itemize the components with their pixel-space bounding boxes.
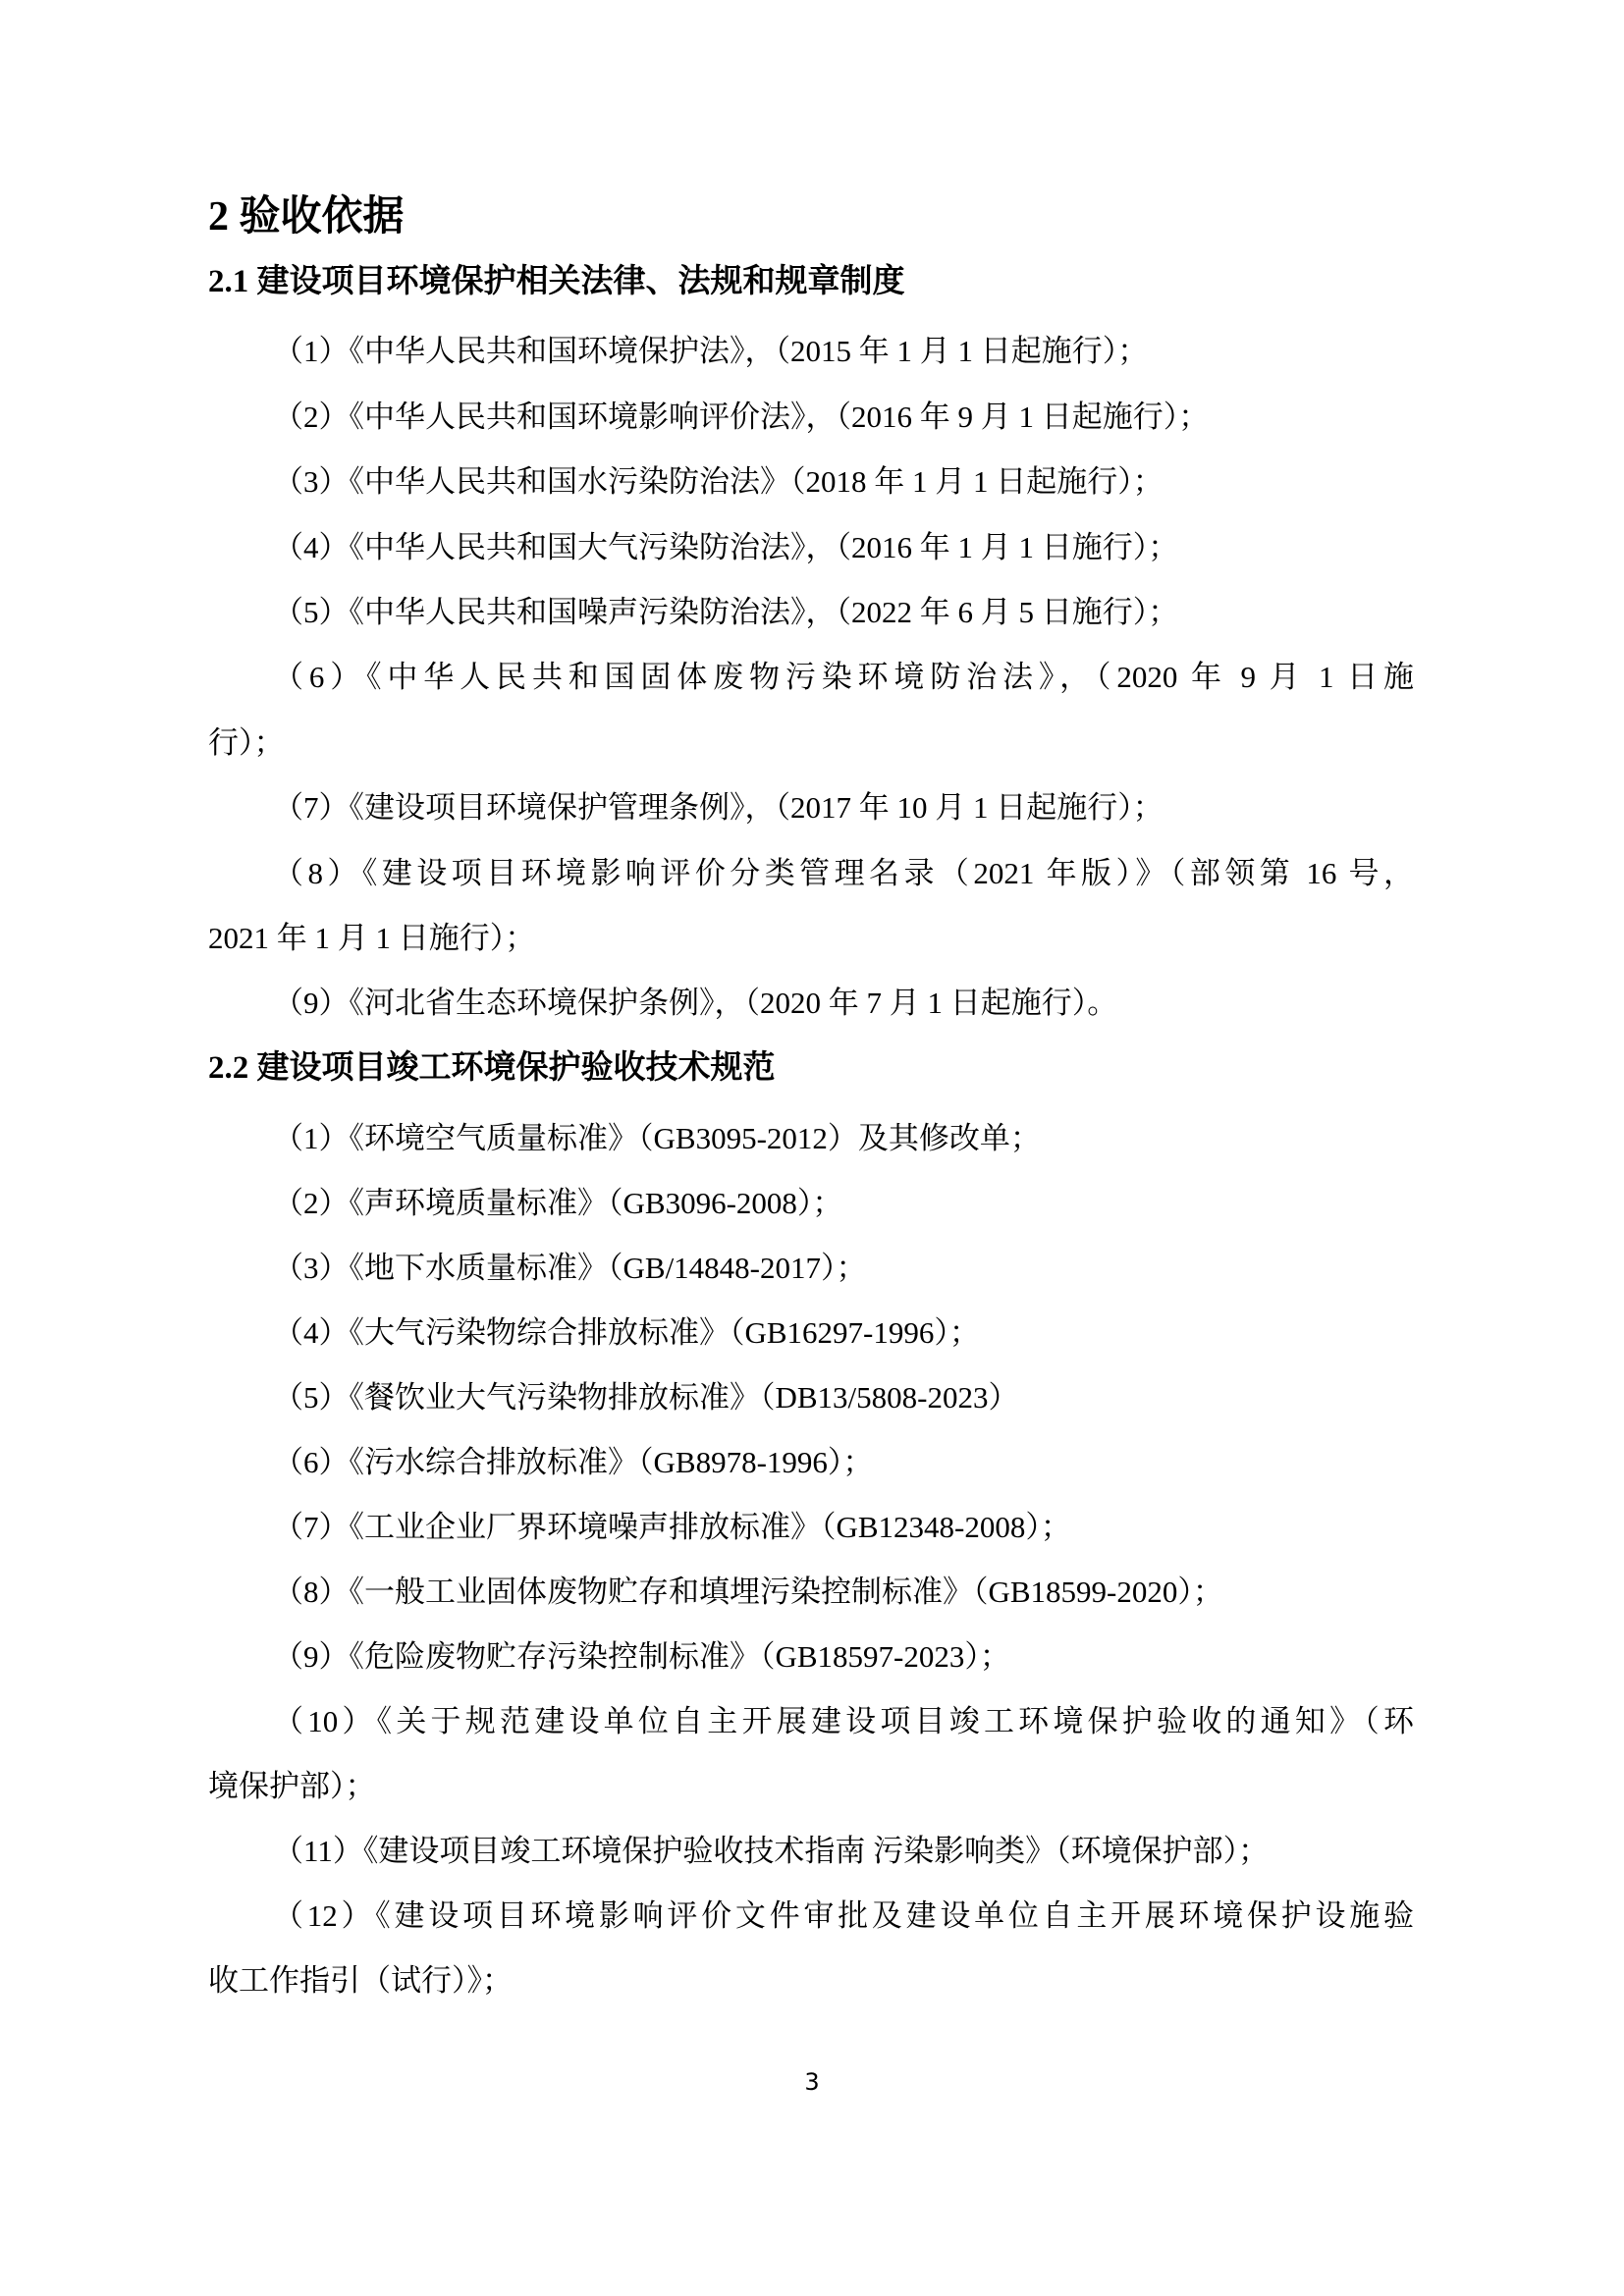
document-page: 2 验收依据 2.1 建设项目环境保护相关法律、法规和规章制度 （1）《中华人民… — [0, 0, 1624, 2296]
list-item: （5）《中华人民共和国噪声污染防治法》，（2022 年 6 月 5 日施行）； — [208, 580, 1414, 645]
list-item: （7）《建设项目环境保护管理条例》，（2017 年 10 月 1 日起施行）； — [208, 775, 1414, 840]
list-item-continuation: 2021 年 1 月 1 日施行）； — [208, 906, 1414, 971]
list-item: （9）《危险废物贮存污染控制标准》（GB18597-2023）； — [208, 1625, 1414, 1689]
list-item-continuation: 收工作指引（试行）》； — [208, 1949, 1414, 2013]
list-item: （3）《中华人民共和国水污染防治法》（2018 年 1 月 1 日起施行）； — [208, 450, 1414, 514]
list-item-continuation: 行）； — [208, 711, 1414, 775]
list-item: （8）《一般工业固体废物贮存和填埋污染控制标准》（GB18599-2020）； — [208, 1560, 1414, 1625]
list-item: （9）《河北省生态环境保护条例》，（2020 年 7 月 1 日起施行）。 — [208, 971, 1414, 1036]
list-item: （12）《建设项目环境影响评价文件审批及建设单位自主开展环境保护设施验 — [208, 1884, 1414, 1949]
list-item-continuation: 境保护部）； — [208, 1754, 1414, 1819]
list-item: （1）《中华人民共和国环境保护法》，（2015 年 1 月 1 日起施行）； — [208, 319, 1414, 384]
list-item: （6）《中华人民共和国固体废物污染环境防治法》，（2020 年 9 月 1 日施 — [208, 645, 1414, 710]
list-item: （4）《中华人民共和国大气污染防治法》，（2016 年 1 月 1 日施行）； — [208, 515, 1414, 580]
chapter-heading: 2 验收依据 — [208, 185, 1414, 249]
list-item: （7）《工业企业厂界环境噪声排放标准》（GB12348-2008）； — [208, 1495, 1414, 1560]
list-item: （3）《地下水质量标准》（GB/14848-2017）； — [208, 1236, 1414, 1301]
list-item: （5）《餐饮业大气污染物排放标准》（DB13/5808-2023） — [208, 1365, 1414, 1430]
list-item: （2）《声环境质量标准》（GB3096-2008）； — [208, 1171, 1414, 1236]
list-item: （6）《污水综合排放标准》（GB8978-1996）； — [208, 1430, 1414, 1495]
list-item: （2）《中华人民共和国环境影响评价法》，（2016 年 9 月 1 日起施行）； — [208, 385, 1414, 450]
list-item: （11）《建设项目竣工环境保护验收技术指南 污染影响类》（环境保护部）； — [208, 1819, 1414, 1884]
page-number: 3 — [0, 2067, 1624, 2097]
list-item: （10）《关于规范建设单位自主开展建设项目竣工环境保护验收的通知》（环 — [208, 1689, 1414, 1754]
list-item: （1）《环境空气质量标准》（GB3095-2012）及其修改单； — [208, 1106, 1414, 1171]
section-heading-2-2: 2.2 建设项目竣工环境保护验收技术规范 — [208, 1036, 1414, 1100]
list-item: （8）《建设项目环境影响评价分类管理名录（2021 年版）》（部领第 16 号， — [208, 841, 1414, 906]
list-item: （4）《大气污染物综合排放标准》（GB16297-1996）； — [208, 1301, 1414, 1365]
section-heading-2-1: 2.1 建设项目环境保护相关法律、法规和规章制度 — [208, 249, 1414, 314]
